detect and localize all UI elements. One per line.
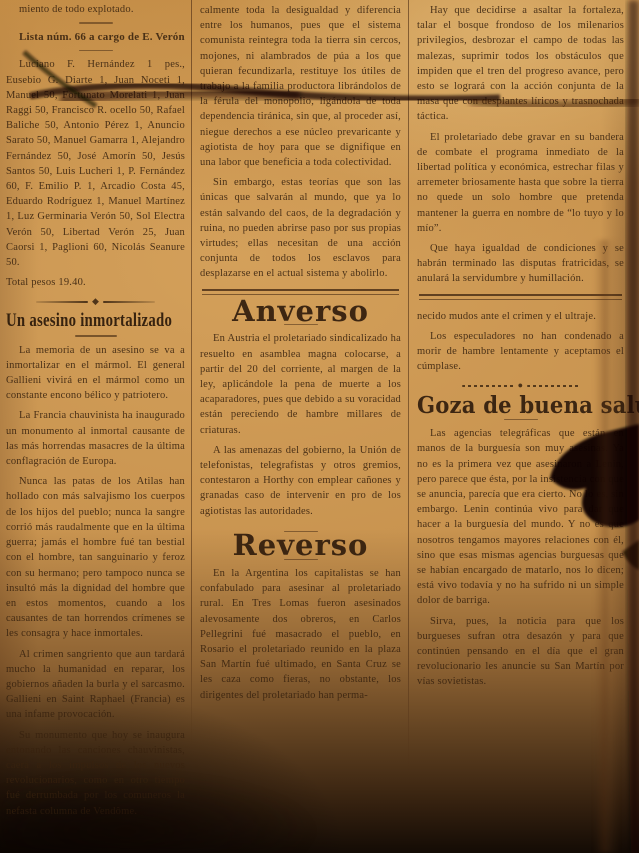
list-total: Total pesos 19.40.	[6, 275, 185, 290]
paragraph: Que haya igualdad de condiciones y se ha…	[417, 241, 624, 287]
divider-rule	[79, 22, 113, 24]
paragraph: A las amenazas del gobierno, la Unión de…	[200, 443, 401, 519]
article-headline-goza: Goza de buena salud	[417, 398, 607, 413]
paragraph-continuation: calmente toda la desigualdad y diferenci…	[200, 3, 401, 170]
section-rule	[419, 294, 622, 300]
subscription-list: Luciano F. Hernández 1 pes., Eusebio G. …	[6, 57, 185, 270]
subscription-list-header: Lista núm. 66 a cargo de E. Verón	[6, 30, 185, 45]
diamond-icon: ◆	[92, 297, 99, 306]
paragraph: Al crimen sangriento que aun tardará muc…	[6, 647, 185, 723]
column-rule-2	[408, 0, 409, 780]
torn-edge-notch	[622, 540, 639, 570]
ornament-divider: ●	[417, 381, 624, 390]
paragraph-continuation: necido mudos ante el crimen y el ultraje…	[417, 309, 624, 324]
article-headline-asesino: Un asesino inmortalizado	[6, 314, 149, 329]
paragraph: La Francia chauvinista ha inaugurado un …	[6, 408, 185, 469]
article-headline-anverso: Anverso	[200, 304, 401, 319]
ornament-divider: ◆	[6, 297, 185, 306]
paragraph: En Austria el proletariado sindicalizado…	[200, 331, 401, 437]
page-edge-shadow	[627, 0, 639, 853]
paragraph: Sin embargo, estas teorías que son las ú…	[200, 175, 401, 281]
column1-top-line: miento de todo explotado.	[6, 2, 185, 17]
newspaper-page: miento de todo explotado. Lista núm. 66 …	[0, 0, 639, 853]
paragraph: Las agencias telegráficas que están en m…	[417, 426, 624, 608]
paragraph: La memoria de un asesino se va a inmorta…	[6, 343, 185, 404]
dot-icon: ●	[518, 381, 524, 390]
divider-rule	[75, 335, 117, 337]
column-2: calmente toda la desigualdad y diferenci…	[200, 0, 401, 708]
column-1: miento de todo explotado. Lista núm. 66 …	[6, 0, 185, 824]
column-rule-1	[191, 0, 192, 750]
divider-rule	[79, 50, 113, 52]
paragraph: Nunca las patas de los Atilas han hollad…	[6, 474, 185, 641]
paragraph: Hay que decidirse a asaltar la fortaleza…	[417, 3, 624, 125]
column-3: Hay que decidirse a asaltar la fortaleza…	[417, 0, 624, 695]
paragraph: Su monumento que hoy se inaugura entonan…	[6, 728, 185, 819]
paragraph: Sirva, pues, la noticia para que los bur…	[417, 614, 624, 690]
paragraph: En la Argentina los capitalistas se han …	[200, 566, 401, 703]
paragraph: Los especuladores no han condenado a mor…	[417, 329, 624, 375]
paragraph: El proletariado debe gravar en su bander…	[417, 130, 624, 236]
article-headline-reverso: Reverso	[200, 538, 401, 553]
